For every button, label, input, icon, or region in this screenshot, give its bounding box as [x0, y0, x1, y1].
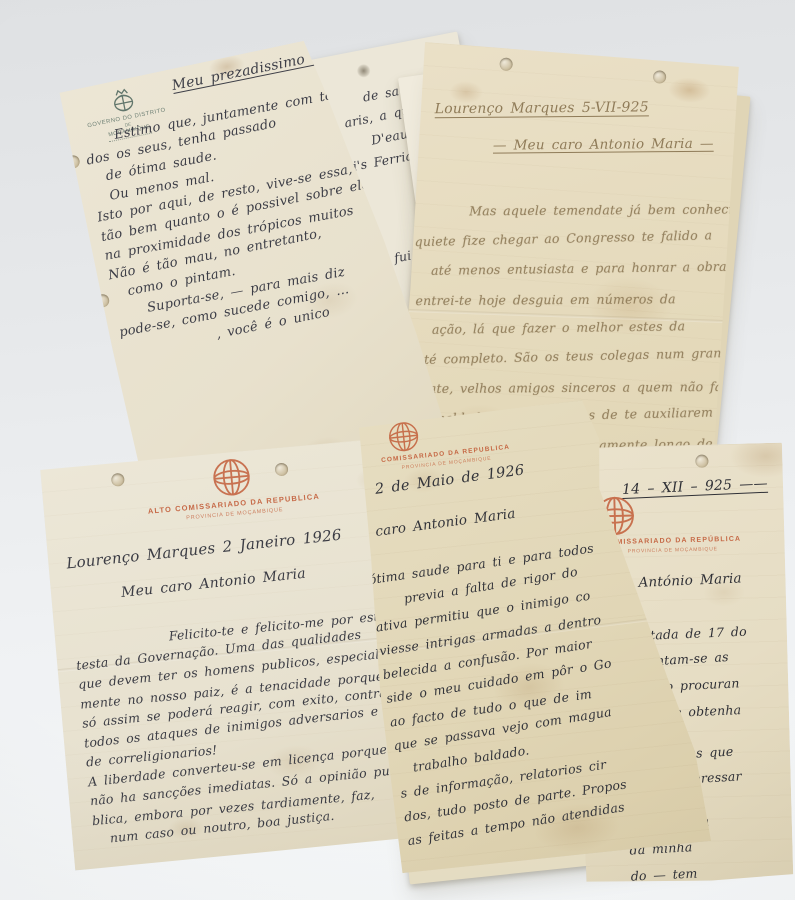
punch-hole: [65, 154, 80, 169]
letter-salutation: — Meu caro Antonio Maria —: [488, 136, 718, 154]
letter-salutation: Meu caro Antonio Maria: [120, 566, 306, 601]
ink-blot: [333, 38, 347, 50]
letter-salutation: caro Antonio Maria: [374, 506, 516, 540]
punch-hole: [95, 293, 110, 308]
district-crest-icon: [104, 84, 143, 116]
punch-hole: [499, 57, 513, 71]
letters-photo: de saneq aris, a qu, D'eau, a i's Ferria…: [0, 0, 795, 900]
letter-body: ótima saude para ti e para todos previa …: [367, 535, 635, 854]
punch-hole: [695, 455, 708, 468]
handwritten-line: entrei-te hoje desguia em números da: [415, 283, 742, 315]
handwritten-line: até menos entusiasta e para honrar a obr…: [431, 251, 742, 285]
letter-date: Lourenço Marques 5-VII-925: [435, 99, 649, 117]
handwritten-line: quiete fize chegar ao Congresso te falid…: [414, 219, 742, 257]
armillary-sphere-icon: [210, 456, 253, 499]
punch-hole: [653, 70, 667, 84]
armillary-sphere-icon: [386, 419, 421, 454]
